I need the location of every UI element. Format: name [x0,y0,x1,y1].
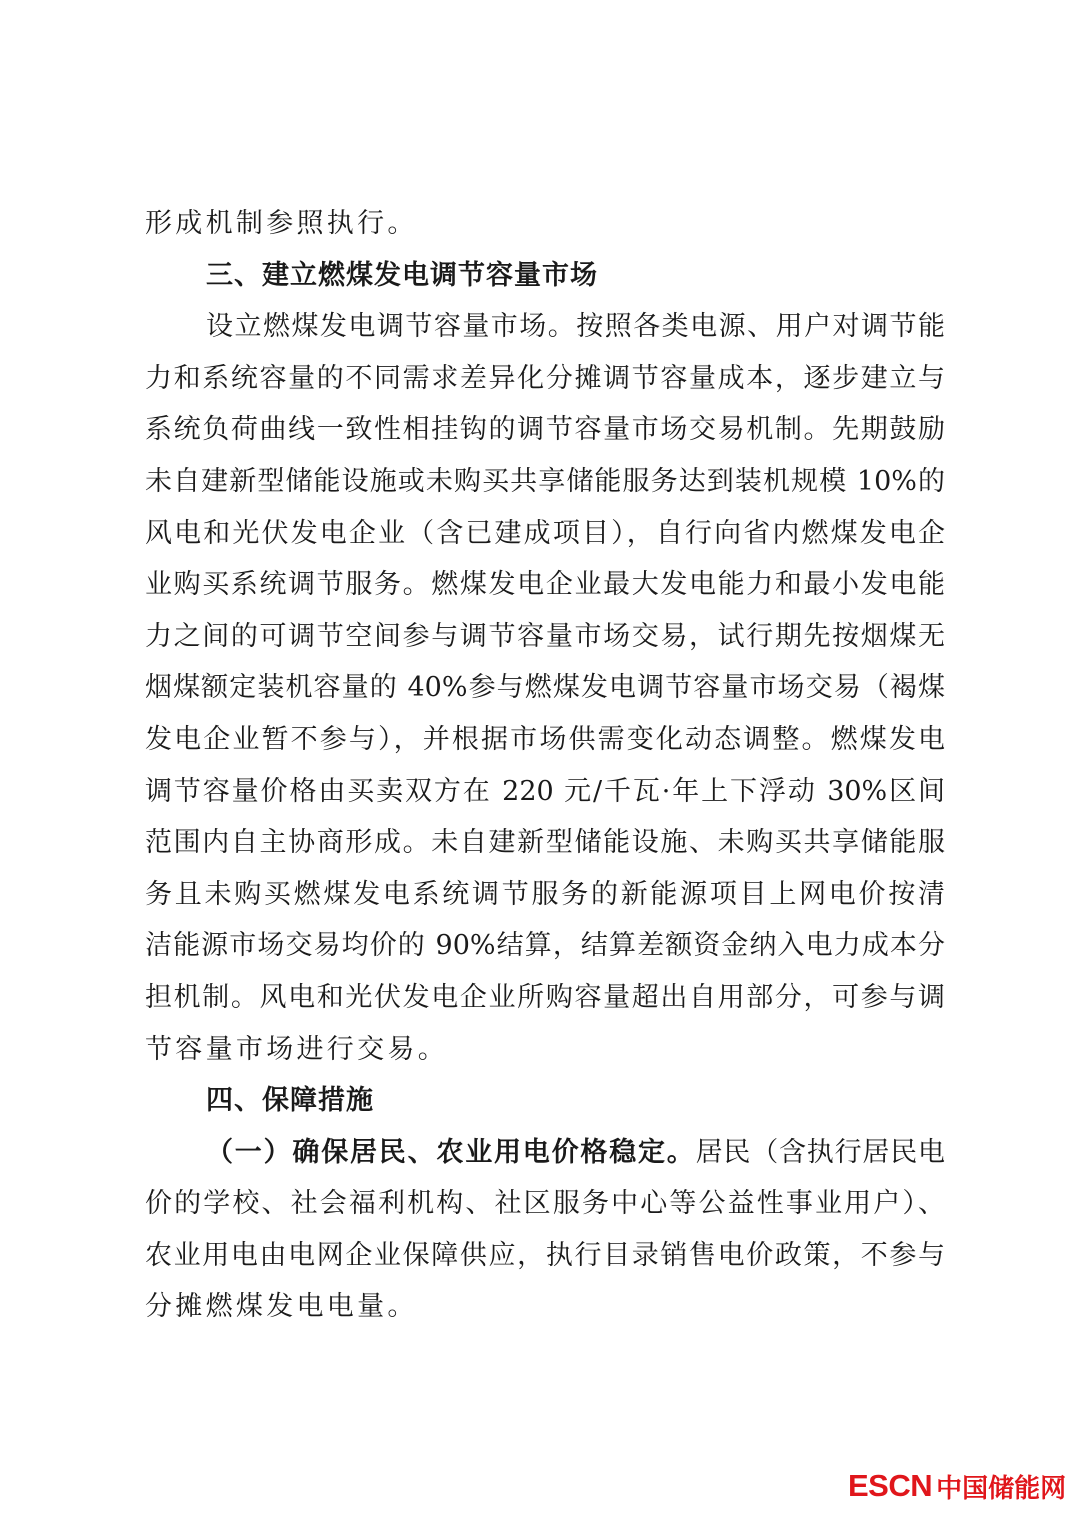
body-line: 风电和光伏发电企业（含已建成项目），自行向省内燃煤发电企 [145,508,945,560]
body-line: 务且未购买燃煤发电系统调节服务的新能源项目上网电价按清 [145,869,945,921]
body-line: 洁能源市场交易均价的 90%结算，结算差额资金纳入电力成本分 [145,920,945,972]
logo-en-text: ESCN [848,1468,932,1504]
subsection-title: （一）确保居民、农业用电价格稳定。 [206,1137,696,1168]
body-line: 分摊燃煤发电电量。 [145,1281,945,1333]
body-line: 形成机制参照执行。 [145,198,945,250]
logo-cn-text: 中国储能网 [936,1468,1066,1505]
body-line: 力和系统容量的不同需求差异化分摊调节容量成本，逐步建立与 [145,353,945,405]
body-line: 系统负荷曲线一致性相挂钩的调节容量市场交易机制。先期鼓励 [145,404,945,456]
body-line: 未自建新型储能设施或未购买共享储能服务达到装机规模 10%的 [145,456,945,508]
document-body: 形成机制参照执行。 三、建立燃煤发电调节容量市场 设立燃煤发电调节容量市场。按照… [145,198,945,1333]
body-line: 设立燃煤发电调节容量市场。按照各类电源、用户对调节能 [145,301,945,353]
body-line: 发电企业暂不参与），并根据市场供需变化动态调整。燃煤发电 [145,714,945,766]
escn-watermark-logo: ESCN 中国储能网 [848,1466,1066,1506]
body-line: 烟煤额定装机容量的 40%参与燃煤发电调节容量市场交易（褐煤 [145,662,945,714]
body-line: 担机制。风电和光伏发电企业所购容量超出自用部分，可参与调 [145,972,945,1024]
body-line: 调节容量价格由买卖双方在 220 元/千瓦·年上下浮动 30%区间 [145,766,945,818]
section-heading-3: 三、建立燃煤发电调节容量市场 [145,250,945,302]
body-line: 节容量市场进行交易。 [145,1024,945,1076]
body-line-subsection-1: （一）确保居民、农业用电价格稳定。居民（含执行居民电 [145,1127,945,1179]
section-heading-4: 四、保障措施 [145,1075,945,1127]
body-line: 力之间的可调节空间参与调节容量市场交易，试行期先按烟煤无 [145,611,945,663]
subsection-text: 居民（含执行居民电 [696,1137,945,1168]
body-line: 范围内自主协商形成。未自建新型储能设施、未购买共享储能服 [145,817,945,869]
body-line: 农业用电由电网企业保障供应，执行目录销售电价政策，不参与 [145,1230,945,1282]
body-line: 业购买系统调节服务。燃煤发电企业最大发电能力和最小发电能 [145,559,945,611]
body-line: 价的学校、社会福利机构、社区服务中心等公益性事业用户）、 [145,1178,945,1230]
